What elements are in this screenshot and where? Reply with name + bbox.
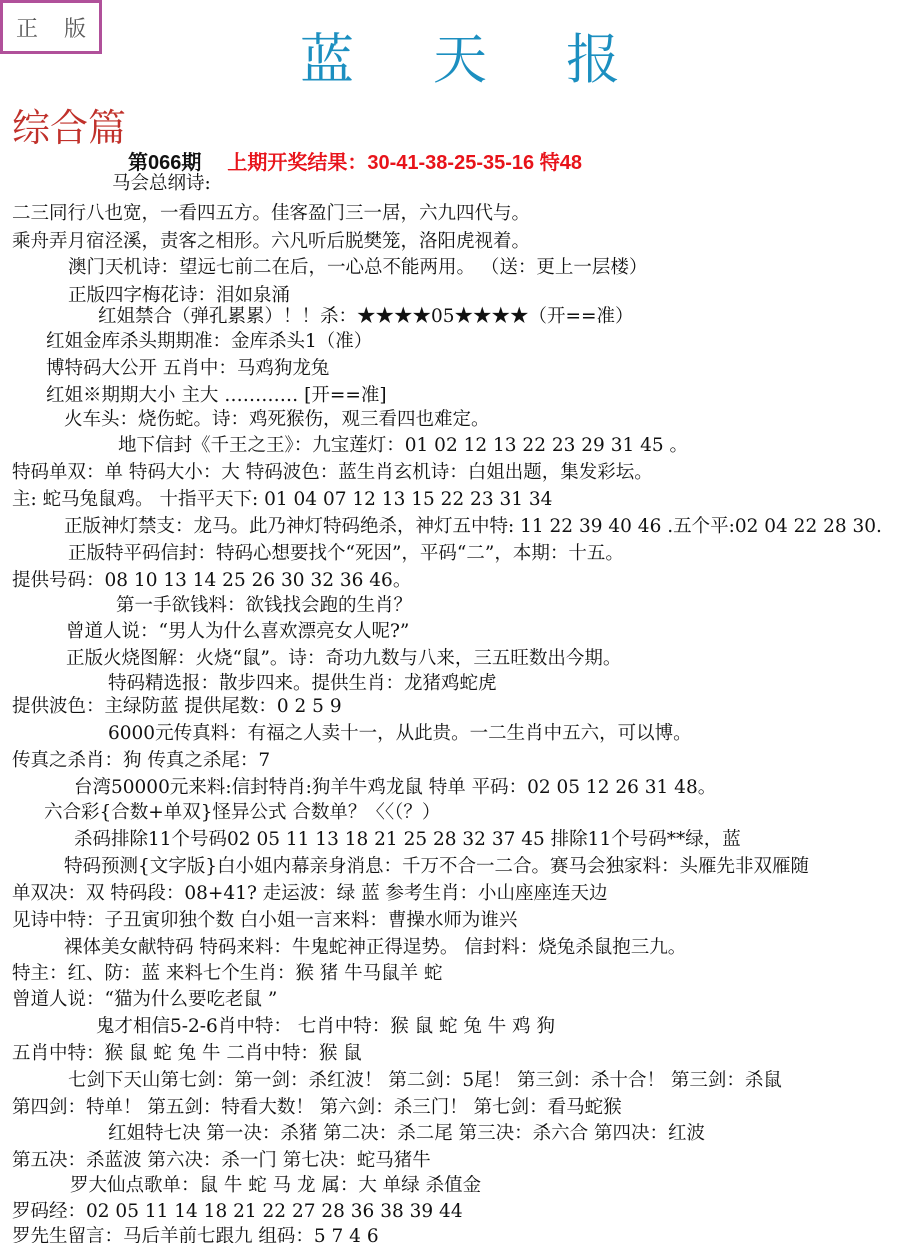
masthead-char-2: 天 (433, 17, 487, 94)
text-line: 博特码大公开 五肖中：马鸡狗龙兔 (46, 357, 329, 381)
text-line: 正版火烧图解：火烧“鼠”。诗：奇功九数与八来，三五旺数出今期。 (66, 647, 621, 671)
text-line: 地下信封《千王之王》：九宝莲灯：01 02 12 13 22 23 29 31 … (118, 434, 688, 458)
issue-number: 第066期 (128, 146, 201, 175)
text-line: 提供号码：08 10 13 14 25 26 30 32 36 46。 (12, 569, 411, 593)
text-line: 罗先生留言：马后羊前七跟九 组码：5 7 4 6 (12, 1225, 379, 1243)
text-line: 马会总纲诗: (112, 172, 211, 196)
text-line: 七剑下天山第七剑：第一剑：杀红波！ 第二剑：5尾！ 第三剑：杀十合！ 第三剑：杀… (68, 1069, 782, 1093)
text-line: 红姐禁合（弹孔累累）！！杀：★★★★05★★★★（开==准） (98, 305, 634, 329)
text-line: 见诗中特：子丑寅卯独个数 白小姐一言来料：曹操水师为谁兴 (12, 909, 517, 933)
text-line: 第五决：杀蓝波 第六决：杀一门 第七决：蛇马猪牛 (12, 1149, 431, 1173)
text-line: 鬼才相信5-2-6肖中特： 七肖中特：猴 鼠 蛇 兔 牛 鸡 狗 (96, 1015, 555, 1039)
text-line: 特码单双：单 特码大小：大 特码波色：蓝生肖玄机诗：白姐出题，集发彩坛。 (12, 461, 653, 485)
text-line: 红姐金库杀头期期准：金库杀头1（准） (46, 330, 372, 354)
text-line: 裸体美女献特码 特码来料：牛鬼蛇神正得逞势。 信封料：烧兔杀鼠抱三九。 (64, 936, 686, 960)
text-line: 六合彩{合数+单双}怪异公式 合数单？〈〈（？） (44, 801, 440, 825)
text-line: 台湾50000元来料:信封特肖:狗羊牛鸡龙鼠 特单 平码：02 05 12 26… (74, 776, 716, 800)
text-line: 罗大仙点歌单：鼠 牛 蛇 马 龙 属：大 单绿 杀值金 (70, 1174, 481, 1198)
masthead-title: 蓝 天 报 (300, 20, 620, 90)
text-line: 特码预测{文字版}白小姐内幕亲身消息：千万不合一二合。赛马会独家料：头雁先非双雁… (64, 855, 809, 879)
text-line: 曾道人说：“猫为什么要吃老鼠 ” (12, 988, 277, 1012)
previous-result: 上期开奖结果：30-41-38-25-35-16 特48 (227, 146, 582, 175)
text-line: 特主：红、防：蓝 来料七个生肖：猴 猪 牛马鼠羊 蛇 (12, 962, 443, 986)
badge-char-right: 版 (64, 12, 86, 43)
text-line: 主: 蛇马兔鼠鸡。 十指平天下: 01 04 07 12 13 15 22 23… (12, 488, 552, 512)
issue-header: 第066期 上期开奖结果：30-41-38-25-35-16 特48 (128, 146, 582, 175)
badge-char-left: 正 (16, 12, 38, 43)
text-line: 罗码经：02 05 11 14 18 21 22 27 28 36 38 39 … (12, 1200, 463, 1224)
text-line: 提供波色：主绿防蓝 提供尾数：0 2 5 9 (12, 695, 342, 719)
text-line: 红姐※期期大小 主大 ………… [开==准] (46, 384, 387, 408)
text-line: 6000元传真料：有福之人卖十一，从此贵。一二生肖中五六，可以博。 (108, 722, 692, 746)
text-line: 火车头：烧伤蛇。诗：鸡死猴伤，观三看四也难定。 (64, 408, 490, 432)
text-line: 第四剑：特单！ 第五剑：特看大数！ 第六剑：杀三门！ 第七剑：看马蛇猴 (12, 1096, 622, 1120)
text-line: 二三同行八也宽，一看四五方。佳客盈门三一居，六九四代与。 (12, 202, 530, 226)
text-line: 特码精选报：散步四来。提供生肖：龙猪鸡蛇虎 (108, 672, 497, 696)
section-title: 综合篇 (12, 97, 126, 152)
text-line: 单双决：双 特码段：08+41? 走运波：绿 蓝 参考生肖：小山座座连天边 (12, 882, 608, 906)
text-line: 五肖中特：猴 鼠 蛇 兔 牛 二肖中特：猴 鼠 (12, 1042, 362, 1066)
text-line: 第一手欲钱料：欲钱找会跑的生肖？ (116, 594, 412, 618)
text-line: 红姐特七决 第一决：杀猪 第二决：杀二尾 第三决：杀六合 第四决：红波 (108, 1122, 705, 1146)
text-line: 正版神灯禁支：龙马。此乃神灯特码绝杀，神灯五中特: 11 22 39 40 46… (64, 515, 882, 539)
text-line: 正版特平码信封：特码心想要找个“死因”，平码“二”，本期：十五。 (68, 542, 624, 566)
text-line: 曾道人说：“男人为什么喜欢漂亮女人呢?” (66, 620, 409, 644)
text-line: 传真之杀肖：狗 传真之杀尾：7 (12, 749, 270, 773)
text-line: 杀码排除11个号码02 05 11 13 18 21 25 28 32 37 4… (74, 828, 741, 852)
text-line: 澳门天机诗：望远七前二在后，一心总不能两用。 （送：更上一层楼） (68, 256, 647, 280)
authentic-edition-badge: 正 版 (0, 0, 102, 54)
text-line: 乘舟弄月宿泾溪，责客之相形。六凡听后脱樊笼，洛阳虎视着。 (12, 230, 530, 254)
masthead-char-3: 报 (566, 17, 620, 94)
masthead-char-1: 蓝 (300, 17, 354, 94)
